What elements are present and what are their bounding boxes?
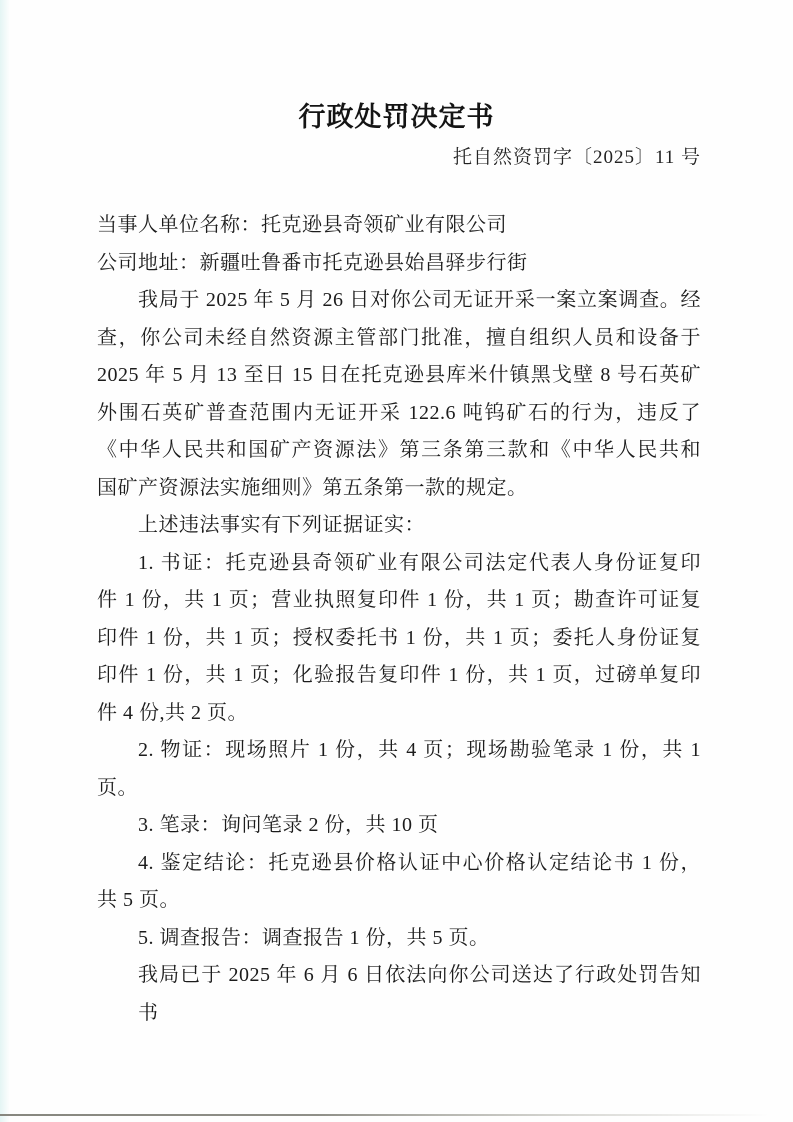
body-line: 2. 物证：现场照片 1 份，共 4 页；现场勘验笔录 1 份，共 1: [97, 732, 701, 770]
document-number: 托自然资罚字〔2025〕11 号: [453, 144, 701, 172]
body-line: 印件 1 份，共 1 页；授权委托书 1 份，共 1 页；委托人身份证复: [97, 620, 701, 658]
body-line: 件 1 份，共 1 页；营业执照复印件 1 份，共 1 页；勘查许可证复: [97, 582, 701, 620]
body-line: 5. 调查报告：调查报告 1 份，共 5 页。: [97, 920, 701, 958]
scan-edge-tint: [0, 0, 10, 1122]
body-line: 外围石英矿普查范围内无证开采 122.6 吨钨矿石的行为，违反了: [97, 395, 701, 433]
body-line: 1. 书证：托克逊县奇领矿业有限公司法定代表人身份证复印: [97, 545, 701, 583]
body-line: 印件 1 份，共 1 页；化验报告复印件 1 份，共 1 页，过磅单复印: [97, 657, 701, 695]
body-line: 件 4 份,共 2 页。: [97, 695, 701, 733]
body-line: 国矿产资源法实施细则》第五条第一款的规定。: [97, 470, 701, 508]
body-line: 公司地址：新疆吐鲁番市托克逊县始昌驿步行街: [97, 245, 701, 283]
body-line: 2025 年 5 月 13 至日 15 日在托克逊县库米什镇黑戈壁 8 号石英矿: [97, 357, 701, 395]
body-line: 页。: [97, 770, 701, 808]
document-title: 行政处罚决定书: [0, 99, 793, 135]
body-line: 《中华人民共和国矿产资源法》第三条第三款和《中华人民共和: [97, 432, 701, 470]
scan-bottom-line: [0, 1114, 793, 1116]
body-line: 共 5 页。: [97, 882, 701, 920]
body-line: 上述违法事实有下列证据证实：: [97, 507, 701, 545]
scanned-document-page: 行政处罚决定书 托自然资罚字〔2025〕11 号 当事人单位名称：托克逊县奇领矿…: [0, 0, 793, 1122]
body-line: 我局已于 2025 年 6 月 6 日依法向你公司送达了行政处罚告知书: [97, 957, 701, 995]
body-line: 4. 鉴定结论：托克逊县价格认证中心价格认定结论书 1 份，: [97, 845, 701, 883]
body-line: 3. 笔录：询问笔录 2 份，共 10 页: [97, 807, 701, 845]
body-line: 查，你公司未经自然资源主管部门批准，擅自组织人员和设备于: [97, 320, 701, 358]
document-body: 当事人单位名称：托克逊县奇领矿业有限公司公司地址：新疆吐鲁番市托克逊县始昌驿步行…: [97, 207, 701, 995]
body-line: 我局于 2025 年 5 月 26 日对你公司无证开采一案立案调查。经: [97, 282, 701, 320]
body-line: 当事人单位名称：托克逊县奇领矿业有限公司: [97, 207, 701, 245]
